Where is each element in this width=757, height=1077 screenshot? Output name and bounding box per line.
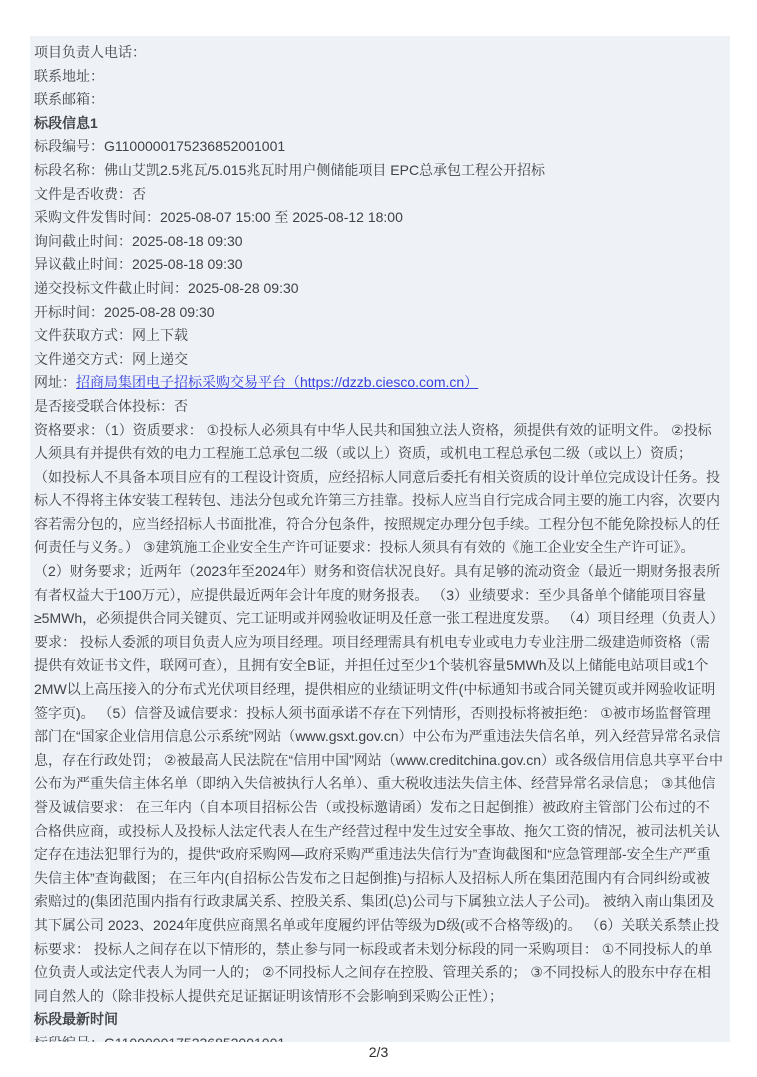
field-file-submit-method: 文件递交方式：网上递交 xyxy=(34,348,723,372)
field-label: 询问截止时间： xyxy=(34,233,132,249)
field-value: 2025-08-18 09:30 xyxy=(132,233,243,249)
field-bid-opening-time: 开标时间：2025-08-28 09:30 xyxy=(34,301,723,325)
field-label: 标段编号： xyxy=(34,138,104,154)
field-value: G1100000175236852001001 xyxy=(104,1035,285,1042)
qualification-paragraph: 资格要求：（1）资质要求： ①投标人必须具有中华人民共和国独立法人资格，须提供有… xyxy=(34,419,723,1009)
field-objection-deadline: 异议截止时间：2025-08-18 09:30 xyxy=(34,253,723,277)
field-section-name: 标段名称：佛山艾凯2.5兆瓦/5.015兆瓦时用户侧储能项目 EPC总承包工程公… xyxy=(34,159,723,183)
field-label: 文件获取方式： xyxy=(34,327,132,343)
field-website: 网址：招商局集团电子招标采购交易平台（https://dzzb.ciesco.c… xyxy=(34,371,723,395)
field-value: 网上下载 xyxy=(132,327,188,343)
field-label: 递交投标文件截止时间： xyxy=(34,280,188,296)
contact-email-label: 联系邮箱： xyxy=(34,91,104,107)
contact-phone-line: 项目负责人电话： xyxy=(34,41,723,65)
field-label: 标段名称： xyxy=(34,162,104,178)
qualification-label: 资格要求： xyxy=(34,422,104,438)
field-label: 文件是否收费： xyxy=(34,186,132,202)
field-consortium: 是否接受联合体投标：否 xyxy=(34,395,723,419)
field-fee-required: 文件是否收费：否 xyxy=(34,183,723,207)
contact-address-line: 联系地址： xyxy=(34,65,723,89)
field-value: 2025-08-18 09:30 xyxy=(132,256,243,272)
document-page: 项目负责人电话： 联系地址： 联系邮箱： 标段信息1 标段编号：G1100000… xyxy=(0,0,757,1077)
field-value: G1100000175236852001001 xyxy=(104,138,285,154)
field-inquiry-deadline: 询问截止时间：2025-08-18 09:30 xyxy=(34,230,723,254)
field-bid-submission-deadline: 递交投标文件截止时间：2025-08-28 09:30 xyxy=(34,277,723,301)
field-document-sale-time: 采购文件发售时间：2025-08-07 15:00 至 2025-08-12 1… xyxy=(34,206,723,230)
field-value: 2025-08-07 15:00 至 2025-08-12 18:00 xyxy=(160,209,403,225)
qualification-text: （1）资质要求： ①投标人必须具有中华人民共和国独立法人资格，须提供有效的证明文… xyxy=(34,422,723,1004)
contact-phone-label: 项目负责人电话： xyxy=(34,44,146,60)
content-panel: 项目负责人电话： 联系地址： 联系邮箱： 标段信息1 标段编号：G1100000… xyxy=(30,36,730,1042)
field-value: 网上递交 xyxy=(132,351,188,367)
platform-link[interactable]: 招商局集团电子招标采购交易平台（https://dzzb.ciesco.com.… xyxy=(76,374,478,390)
field-label: 采购文件发售时间： xyxy=(34,209,160,225)
section-info-heading: 标段信息1 xyxy=(34,112,723,136)
field-value: 否 xyxy=(132,186,146,202)
field-label: 网址： xyxy=(34,374,76,390)
field-label: 开标时间： xyxy=(34,304,104,320)
field-value: 2025-08-28 09:30 xyxy=(188,280,299,296)
field-value: 否 xyxy=(174,398,188,414)
field-latest-section-number: 标段编号：G1100000175236852001001 xyxy=(34,1032,723,1042)
page-number: 2/3 xyxy=(0,1044,757,1060)
field-label: 异议截止时间： xyxy=(34,256,132,272)
field-section-number: 标段编号：G1100000175236852001001 xyxy=(34,135,723,159)
field-label: 是否接受联合体投标： xyxy=(34,398,174,414)
field-file-obtain-method: 文件获取方式：网上下载 xyxy=(34,324,723,348)
section-latest-heading: 标段最新时间 xyxy=(34,1008,723,1032)
contact-address-label: 联系地址： xyxy=(34,68,104,84)
field-value: 佛山艾凯2.5兆瓦/5.015兆瓦时用户侧储能项目 EPC总承包工程公开招标 xyxy=(104,162,545,178)
field-value: 2025-08-28 09:30 xyxy=(104,304,215,320)
field-label: 文件递交方式： xyxy=(34,351,132,367)
field-label: 标段编号： xyxy=(34,1035,104,1042)
contact-email-line: 联系邮箱： xyxy=(34,88,723,112)
